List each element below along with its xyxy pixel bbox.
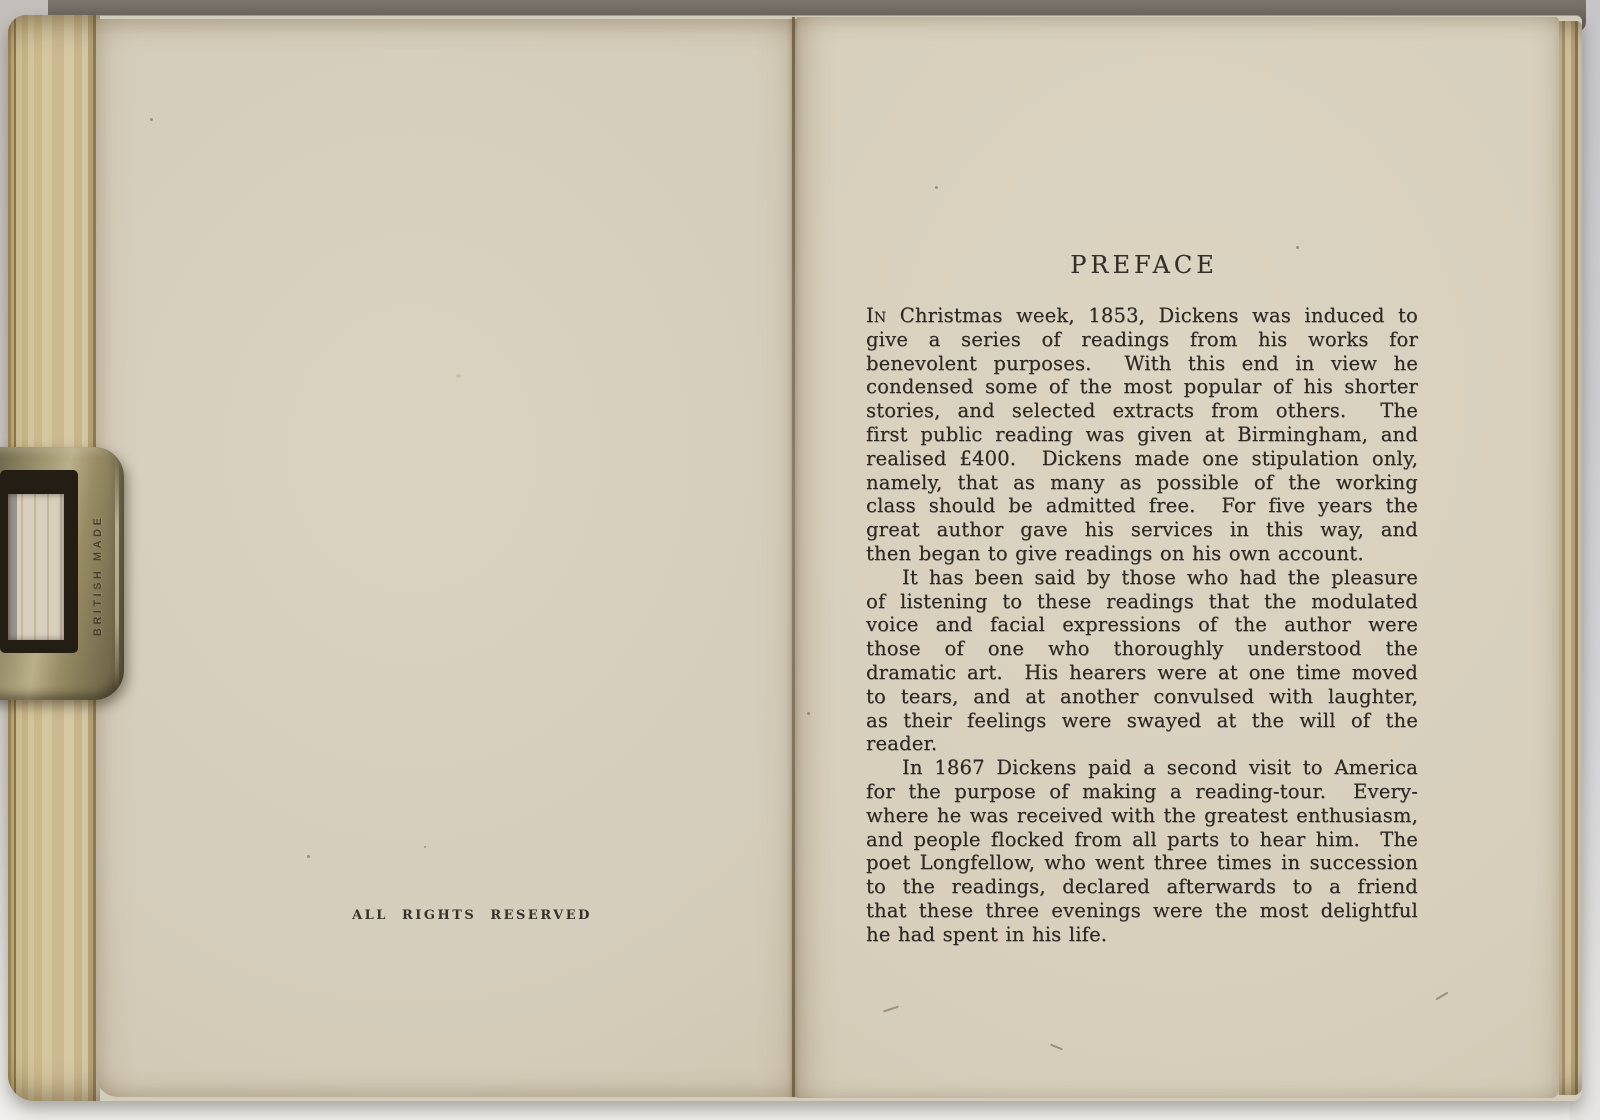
text-line: It has been said by those who had the pl… — [866, 566, 1418, 590]
text-line: class should be admitted free. For five … — [866, 494, 1418, 518]
text-line: for the purpose of making a reading-tour… — [866, 780, 1418, 804]
text-line: as their feelings were swayed at the wil… — [866, 709, 1418, 733]
brass-clasp: BRITISH MADE — [0, 447, 124, 700]
preface-text-block: PREFACE In Christmas week, 1853, Dickens… — [866, 250, 1418, 947]
foxing-speck — [150, 118, 153, 121]
text-line: and people flocked from all parts to hea… — [866, 828, 1418, 852]
rights-imprint: ALL RIGHTS RESERVED — [322, 908, 622, 923]
text-line: that these three evenings were the most … — [866, 899, 1418, 923]
text-line: where he was received with the greatest … — [866, 804, 1418, 828]
text-line: voice and facial expressions of the auth… — [866, 613, 1418, 637]
page-title: PREFACE — [866, 250, 1418, 280]
text-line: to the readings, declared afterwards to … — [866, 875, 1418, 899]
paragraph-2: It has been said by those who had the pl… — [866, 566, 1418, 756]
foxing-speck — [424, 846, 426, 848]
text-line: poet Longfellow, who went three times in… — [866, 851, 1418, 875]
text-line: In Christmas week, 1853, Dickens was ind… — [866, 304, 1418, 328]
paragraph-3: In 1867 Dickens paid a second visit to A… — [866, 756, 1418, 946]
clasp-buckle-opening — [0, 470, 78, 653]
text-line: to tears, and at another convulsed with … — [866, 685, 1418, 709]
right-page: PREFACE In Christmas week, 1853, Dickens… — [797, 17, 1559, 1098]
text-line: he had spent in his life. — [866, 923, 1418, 947]
text-line: benevolent purposes. With this end in vi… — [866, 352, 1418, 376]
text-line: great author gave his services in this w… — [866, 518, 1418, 542]
book-gutter — [792, 17, 795, 1097]
foxing-speck — [1296, 246, 1299, 249]
text-line: give a series of readings from his works… — [866, 328, 1418, 352]
small-caps-opener: In — [866, 304, 886, 327]
text-line: realised £400. Dickens made one stipulat… — [866, 447, 1418, 471]
text-line: reader. — [866, 732, 1418, 756]
text-line: then began to give readings on his own a… — [866, 542, 1418, 566]
clasp-stamp-text: BRITISH MADE — [92, 473, 104, 678]
open-book: ALL RIGHTS RESERVED PREFACE In Christmas… — [8, 15, 1582, 1101]
foxing-speck — [307, 855, 310, 858]
text-line: dramatic art. His hearers were at one ti… — [866, 661, 1418, 685]
text-line: namely, that as many as possible of the … — [866, 471, 1418, 495]
foxing-stain — [456, 374, 461, 378]
left-page: ALL RIGHTS RESERVED — [96, 19, 798, 1097]
foxing-speck — [807, 712, 810, 715]
photo-of-open-book: { "book": { "left_page": { "imprint": "A… — [0, 0, 1600, 1120]
text-line: first public reading was given at Birmin… — [866, 423, 1418, 447]
text-line: condensed some of the most popular of hi… — [866, 375, 1418, 399]
right-page-fold-edge — [1559, 21, 1582, 1095]
text-line: In 1867 Dickens paid a second visit to A… — [866, 756, 1418, 780]
foxing-speck — [935, 186, 938, 189]
text-line: stories, and selected extracts from othe… — [866, 399, 1418, 423]
text-line: those of one who thoroughly understood t… — [866, 637, 1418, 661]
text-line: of listening to these readings that the … — [866, 590, 1418, 614]
paragraph-1: In Christmas week, 1853, Dickens was ind… — [866, 304, 1418, 566]
